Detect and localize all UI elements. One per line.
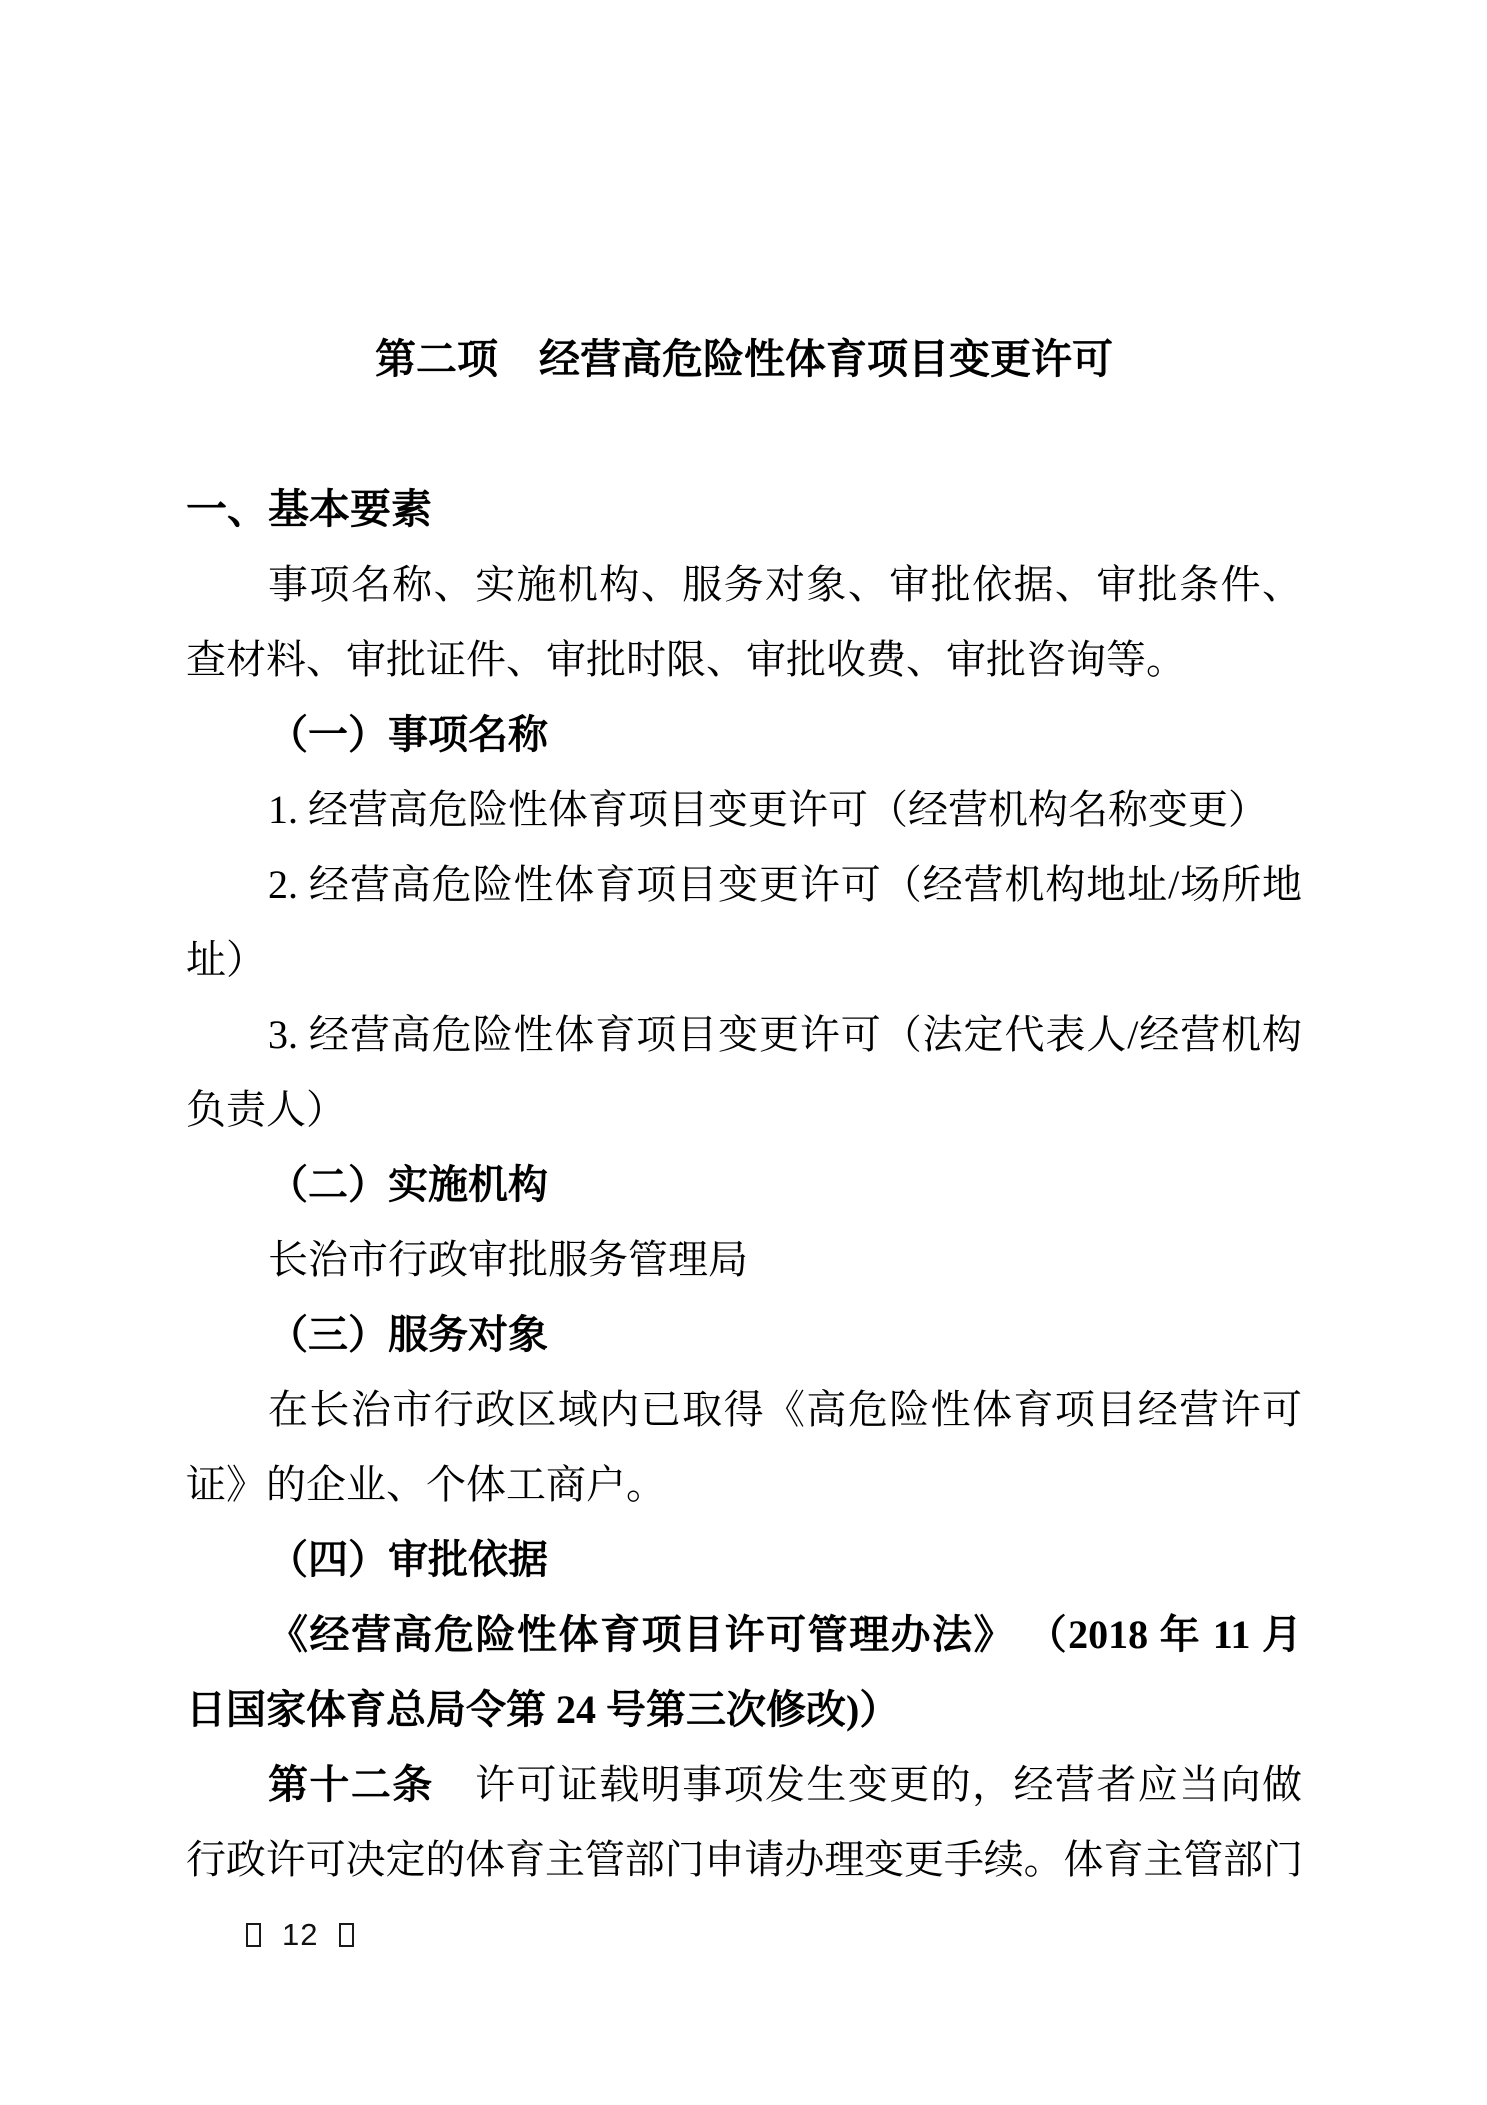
missing-glyph-box (246, 1923, 261, 1947)
item-3-line-1: 3. 经营高危险性体育项目变更许可（法定代表人/经营机构 (186, 997, 1302, 1072)
article-12-line-1: 第十二条 许可证载明事项发生变更的，经营者应当向做出 (186, 1747, 1302, 1822)
subheading-approval-basis: （四）审批依据 (186, 1522, 1302, 1597)
document-page: 第二项 经营高危险性体育项目变更许可 一、基本要素 事项名称、实施机构、服务对象… (0, 0, 1487, 2105)
intro-line-1: 事项名称、实施机构、服务对象、审批依据、审批条件、审 (186, 547, 1302, 622)
document-content: 第二项 经营高危险性体育项目变更许可 一、基本要素 事项名称、实施机构、服务对象… (0, 0, 1487, 1972)
agency-name-line: 长治市行政审批服务管理局 (186, 1222, 1302, 1297)
missing-glyph-box (339, 1923, 354, 1947)
blank-line (186, 397, 1302, 472)
subheading-service-target: （三）服务对象 (186, 1297, 1302, 1372)
heading-basic-elements: 一、基本要素 (186, 472, 1302, 547)
item-3-line-2: 负责人） (186, 1072, 1302, 1147)
subheading-item-name: （一）事项名称 (186, 697, 1302, 772)
legal-basis-line-2: 日国家体育总局令第 24 号第三次修改)） (186, 1672, 1302, 1747)
item-2-line-2: 址） (186, 922, 1302, 997)
legal-basis-line-1: 《经营高危险性体育项目许可管理办法》 （2018 年 11 月 30 (186, 1597, 1302, 1672)
article-12-label: 第十二条 (268, 1762, 434, 1807)
item-1-line: 1. 经营高危险性体育项目变更许可（经营机构名称变更） (186, 772, 1302, 847)
intro-line-2: 查材料、审批证件、审批时限、审批收费、审批咨询等。 (186, 622, 1302, 697)
subheading-implementing-agency: （二）实施机构 (186, 1147, 1302, 1222)
service-target-line-2: 证》的企业、个体工商户。 (186, 1447, 1302, 1522)
service-target-line-1: 在长治市行政区域内已取得《高危险性体育项目经营许可 (186, 1372, 1302, 1447)
page-number: 12 (282, 1897, 318, 1972)
article-12-line-2: 行政许可决定的体育主管部门申请办理变更手续。体育主管部门 (186, 1822, 1302, 1897)
item-2-line-1: 2. 经营高危险性体育项目变更许可（经营机构地址/场所地 (186, 847, 1302, 922)
page-title: 第二项 经营高危险性体育项目变更许可 (186, 322, 1302, 397)
page-footer: 12 (186, 1897, 1302, 1972)
